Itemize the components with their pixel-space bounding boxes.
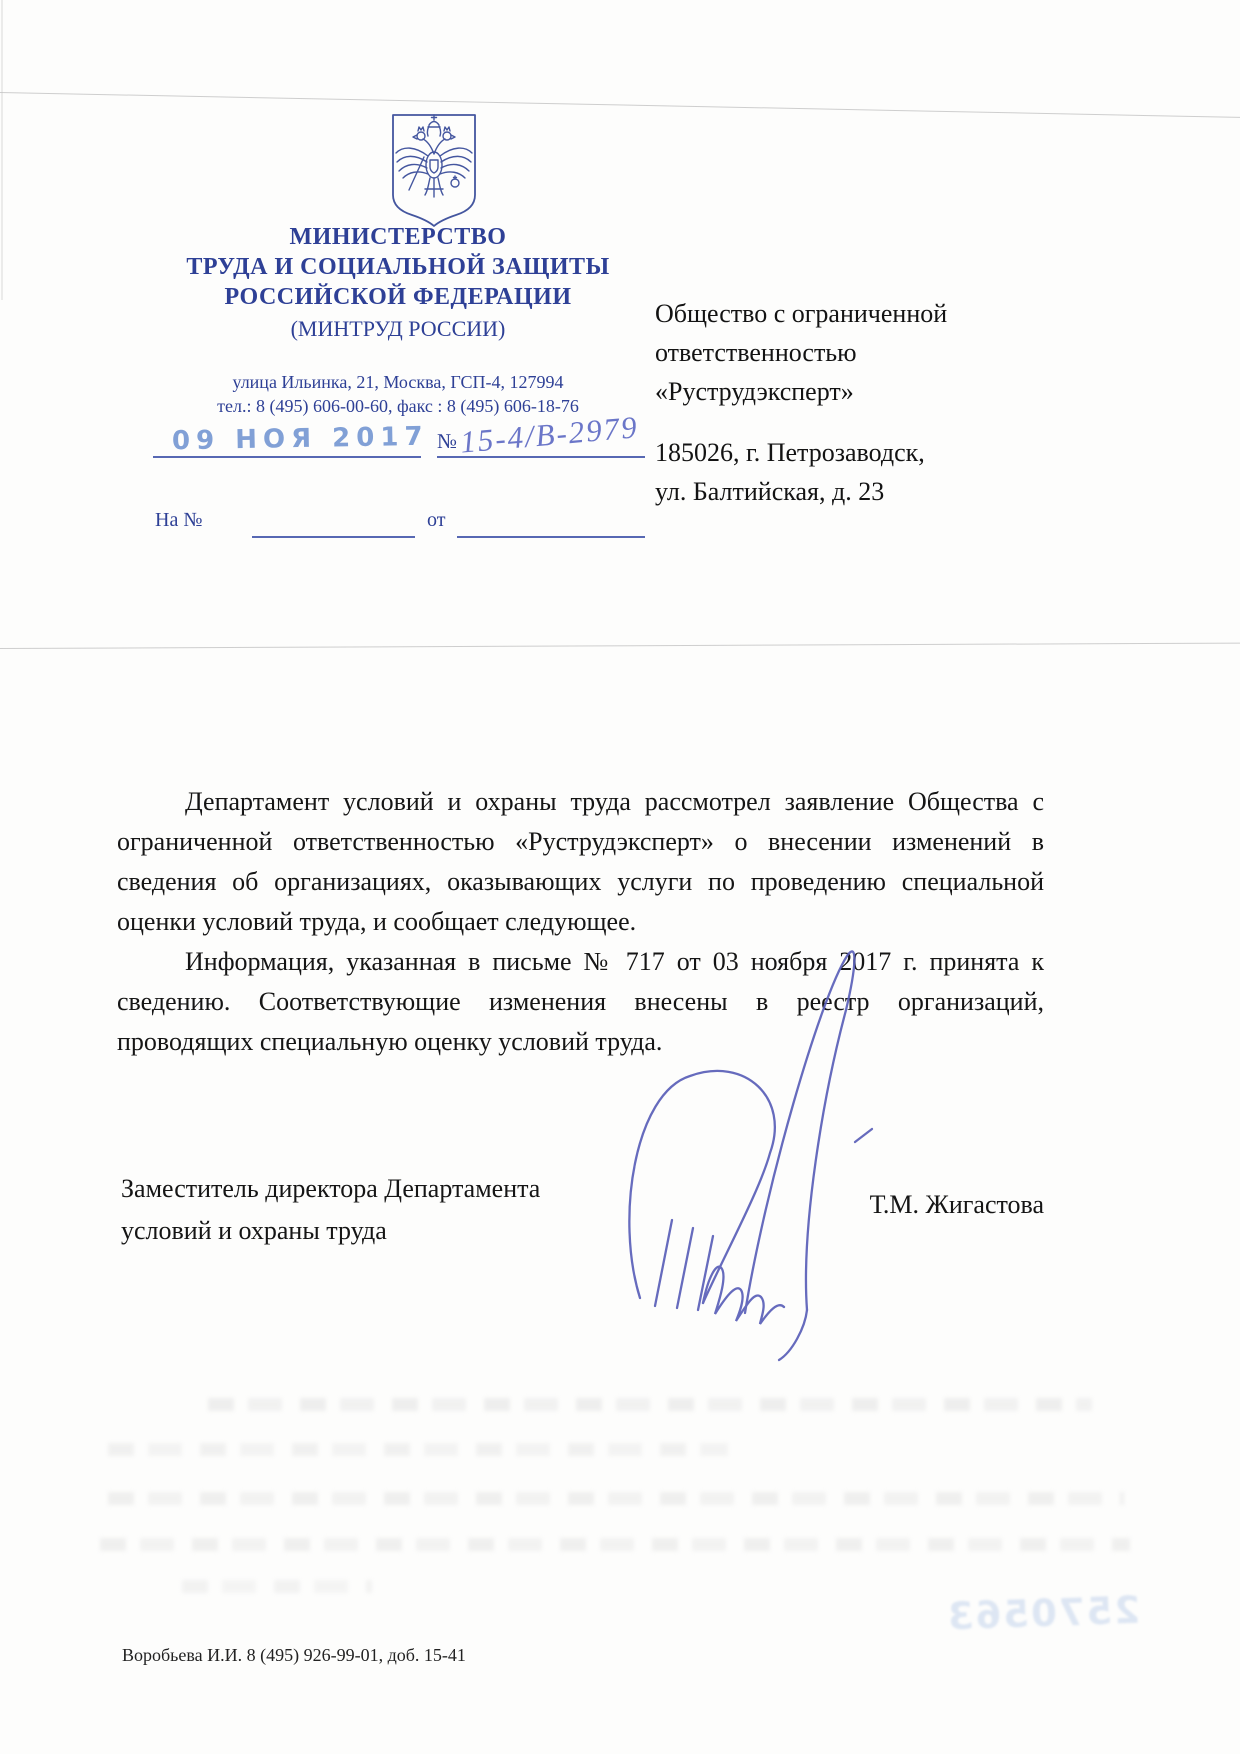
bleed-through-text <box>100 1538 1130 1551</box>
recipient-line: «Руструдэксперт» <box>655 372 1065 411</box>
recipient-line: ответственностью <box>655 333 1065 372</box>
letterhead: МИНИСТЕРСТВО ТРУДА И СОЦИАЛЬНОЙ ЗАЩИТЫ Р… <box>150 222 646 418</box>
reverse-stamp-number: 2570563 <box>937 1588 1148 1638</box>
ministry-name-line: МИНИСТЕРСТВО <box>150 222 646 252</box>
date-underline <box>153 456 421 458</box>
bleed-through-text <box>208 1398 1092 1411</box>
scanned-letter-page: МИНИСТЕРСТВО ТРУДА И СОЦИАЛЬНОЙ ЗАЩИТЫ Р… <box>0 0 1240 1754</box>
ministry-address: улица Ильинка, 21, Москва, ГСП-4, 127994 <box>150 370 646 394</box>
ministry-short-name: (МИНТРУД РОССИИ) <box>150 314 646 344</box>
signature-position-title: Заместитель директора Департамента услов… <box>121 1168 601 1252</box>
fold-crease-middle <box>0 643 1240 649</box>
ref-number-underline <box>252 536 415 538</box>
body-paragraph: Департамент условий и охраны труда рассм… <box>117 782 1044 942</box>
coat-of-arms-icon <box>386 110 482 230</box>
bleed-through-text <box>108 1492 1124 1505</box>
signatory-name: Т.М. Жигастова <box>820 1190 1044 1220</box>
signature-position-line: условий и охраны труда <box>121 1210 601 1252</box>
ref-from-label: от <box>427 509 445 532</box>
bleed-through-text <box>108 1443 728 1456</box>
executor-contact: Воробьева И.И. 8 (495) 926-99-01, доб. 1… <box>122 1645 466 1666</box>
signature-scribble <box>555 928 915 1378</box>
ref-date-underline <box>457 536 645 538</box>
number-underline <box>437 456 645 458</box>
ref-number-label: На № <box>155 509 202 532</box>
recipient-address-line: 185026, г. Петрозаводск, <box>655 433 1065 472</box>
recipient-line: Общество с ограниченной <box>655 294 1065 333</box>
bleed-through-text <box>182 1580 372 1593</box>
date-stamp: 09 НОЯ 2017 <box>172 422 429 456</box>
scan-edge-artifact <box>1 0 3 300</box>
ministry-name-line: ТРУДА И СОЦИАЛЬНОЙ ЗАЩИТЫ <box>150 252 646 282</box>
ministry-name-line: РОССИЙСКОЙ ФЕДЕРАЦИИ <box>150 282 646 312</box>
recipient-block: Общество с ограниченной ответственностью… <box>655 294 1065 511</box>
number-label: № <box>437 429 457 454</box>
recipient-spacer <box>655 411 1065 433</box>
recipient-address-line: ул. Балтийская, д. 23 <box>655 472 1065 511</box>
fold-crease-top <box>0 92 1240 118</box>
signature-position-line: Заместитель директора Департамента <box>121 1168 601 1210</box>
